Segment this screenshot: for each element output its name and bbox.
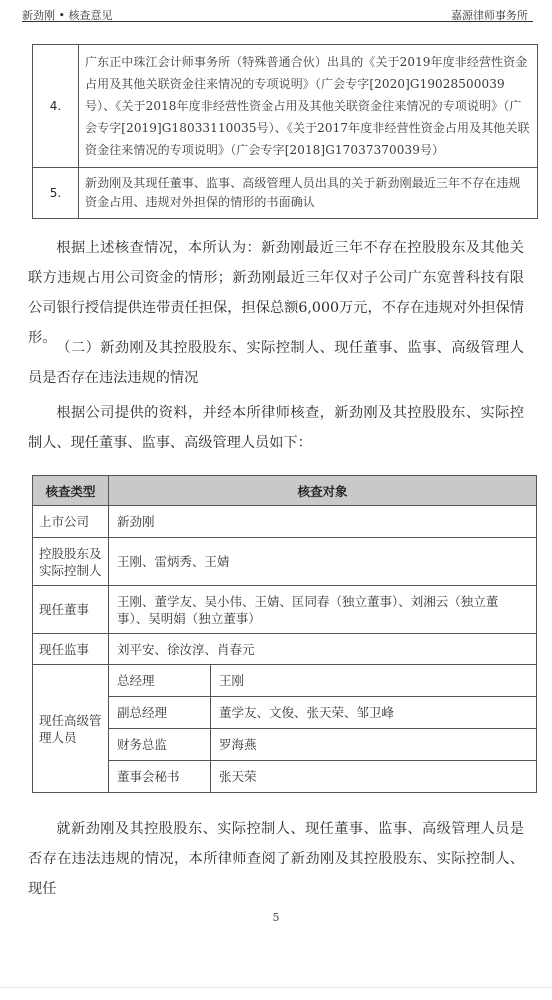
materials-table: 4. 广东正中珠江会计师事务所（特殊普通合伙）出具的《关于2019年度非经营性资… [32,44,538,219]
header-check-type: 核查类型 [33,476,109,506]
check-type-cell: 上市公司 [33,506,109,538]
check-type-cell: 现任高级管理人员 [33,665,109,793]
role-cell: 董事会秘书 [109,761,211,793]
row-description: 广东正中珠江会计师事务所（特殊普通合伙）出具的《关于2019年度非经营性资金占用… [79,45,538,168]
role-cell: 总经理 [109,665,211,697]
check-type-cell: 现任监事 [33,634,109,665]
table-row: 现任监事 刘平安、徐汝淳、肖春元 [33,634,537,665]
table-row: 财务总监 罗海燕 [33,729,537,761]
row-description: 新劲刚及其现任董事、监事、高级管理人员出具的关于新劲刚最近三年不存在违规资金占用… [79,168,538,219]
table-row: 现任董事 王刚、董学友、吴小伟、王婧、匡同春（独立董事）、刘湘云（独立董事）、吴… [33,586,537,634]
intro-paragraph: 根据公司提供的资料，并经本所律师核查，新劲刚及其控股股东、实际控制人、现任董事、… [28,398,524,458]
header-document-title: 新劲刚 • 核查意见 [22,7,112,23]
table-row: 现任高级管理人员 总经理 王刚 [33,665,537,697]
scan-edge-divider [0,987,552,988]
closing-paragraph: 就新劲刚及其控股股东、实际控制人、现任董事、监事、高级管理人员是否存在违法违规的… [28,814,524,904]
table-row: 5. 新劲刚及其现任董事、监事、高级管理人员出具的关于新劲刚最近三年不存在违规资… [33,168,538,219]
verification-table: 核查类型 核查对象 上市公司 新劲刚 控股股东及实际控制人 王刚、雷炳秀、王婧 … [32,475,537,793]
header-law-firm: 嘉源律师事务所 [451,7,528,23]
table-row: 控股股东及实际控制人 王刚、雷炳秀、王婧 [33,538,537,586]
person-cell: 罗海燕 [211,729,537,761]
check-type-cell: 控股股东及实际控制人 [33,538,109,586]
table-row: 4. 广东正中珠江会计师事务所（特殊普通合伙）出具的《关于2019年度非经营性资… [33,45,538,168]
check-target-cell: 王刚、雷炳秀、王婧 [109,538,537,586]
row-number: 5. [33,168,79,219]
page-header: 新劲刚 • 核查意见 嘉源律师事务所 [22,6,533,22]
table-row: 董事会秘书 张天荣 [33,761,537,793]
person-cell: 王刚 [211,665,537,697]
check-target-cell: 新劲刚 [109,506,537,538]
check-type-cell: 现任董事 [33,586,109,634]
check-target-cell: 王刚、董学友、吴小伟、王婧、匡同春（独立董事）、刘湘云（独立董事）、吴明娟（独立… [109,586,537,634]
table-header-row: 核查类型 核查对象 [33,476,537,506]
page-number: 5 [0,911,552,924]
person-cell: 张天荣 [211,761,537,793]
check-target-cell: 刘平安、徐汝淳、肖春元 [109,634,537,665]
table-row: 副总经理 董学友、文俊、张天荣、邹卫峰 [33,697,537,729]
role-cell: 财务总监 [109,729,211,761]
row-number: 4. [33,45,79,168]
person-cell: 董学友、文俊、张天荣、邹卫峰 [211,697,537,729]
table-row: 上市公司 新劲刚 [33,506,537,538]
header-check-target: 核查对象 [109,476,537,506]
role-cell: 副总经理 [109,697,211,729]
section-heading: （二）新劲刚及其控股股东、实际控制人、现任董事、监事、高级管理人员是否存在违法违… [28,333,524,393]
